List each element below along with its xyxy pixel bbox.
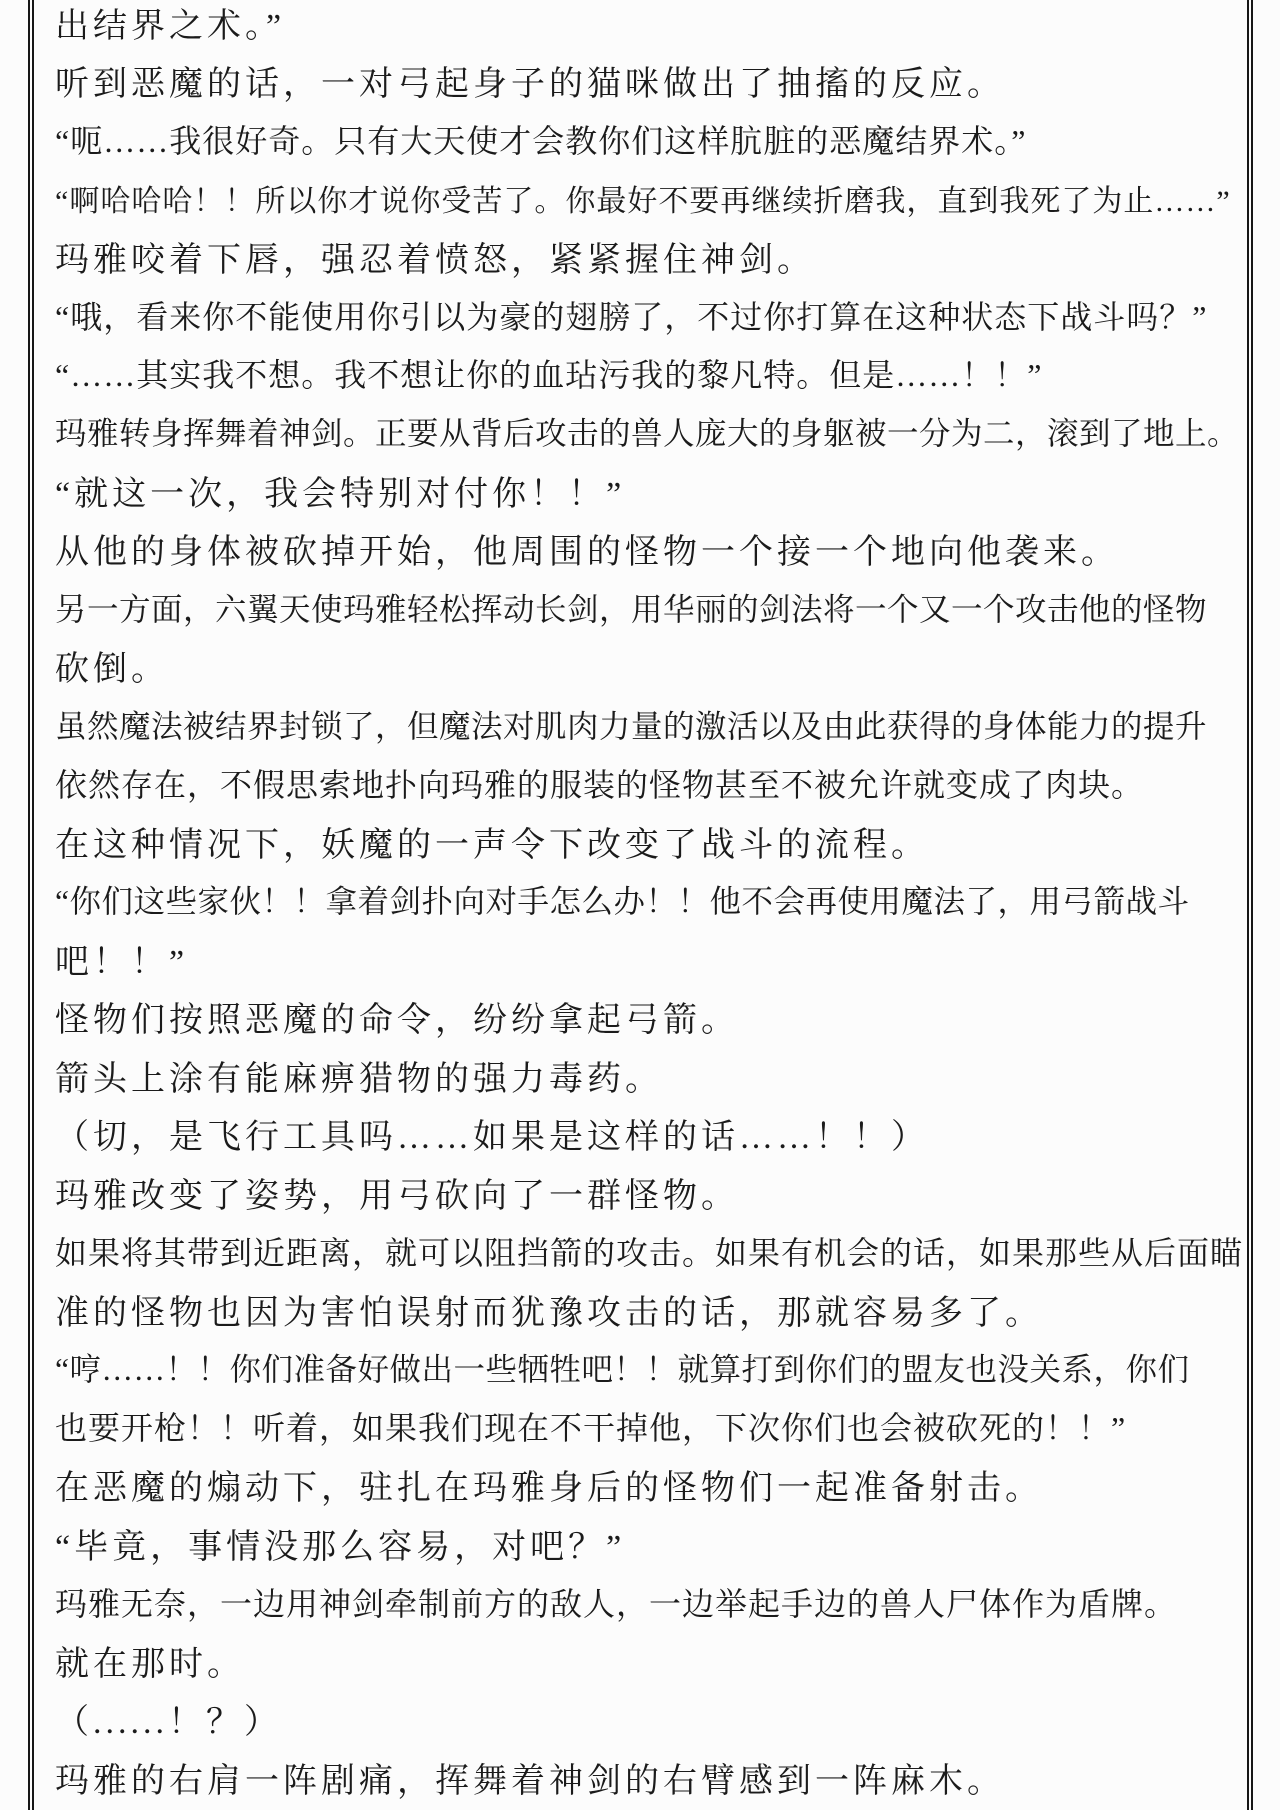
text-line: 箭头上涂有能麻痹猎物的强力毒药。 — [55, 1046, 1280, 1105]
text-line: 出结界之术。” — [55, 0, 1280, 52]
text-line: 在这种情况下，妖魔的一声令下改变了战斗的流程。 — [55, 812, 1280, 871]
text-line: 如果将其带到近距离，就可以阻挡箭的攻击。如果有机会的话，如果那些从后面瞄 — [55, 1222, 1280, 1281]
text-line: 就在那时。 — [55, 1631, 1280, 1690]
text-line: 依然存在，不假思索地扑向玛雅的服装的怪物甚至不被允许就变成了肉块。 — [55, 754, 1280, 813]
text-line: 玛雅咬着下唇，强忍着愤怒，紧紧握住神剑。 — [55, 227, 1280, 286]
text-line: 怪物们按照恶魔的命令，纷纷拿起弓箭。 — [55, 988, 1280, 1047]
text-line: “你们这些家伙！！拿着剑扑向对手怎么办！！他不会再使用魔法了，用弓箭战斗 — [55, 871, 1280, 930]
text-line: “……其实我不想。我不想让你的血玷污我的黎凡特。但是……！！” — [55, 344, 1280, 403]
text-line: “哼……！！你们准备好做出一些牺牲吧！！就算打到你们的盟友也没关系，你们 — [55, 1339, 1280, 1398]
text-line: （......！？） — [55, 1690, 1280, 1749]
text-line: 准的怪物也因为害怕误射而犹豫攻击的话，那就容易多了。 — [55, 1280, 1280, 1339]
text-line: “呃……我很好奇。只有大天使才会教你们这样肮脏的恶魔结界术。” — [55, 110, 1280, 169]
novel-page: 出结界之术。”听到恶魔的话，一对弓起身子的猫咪做出了抽搐的反应。“呃……我很好奇… — [0, 0, 1280, 1810]
text-line: 玛雅无奈，一边用神剑牵制前方的敌人，一边举起手边的兽人尸体作为盾牌。 — [55, 1573, 1280, 1632]
text-line: 砍倒。 — [55, 637, 1280, 696]
text-line: “啊哈哈哈！！所以你才说你受苦了。你最好不要再继续折磨我，直到我死了为止……” — [55, 169, 1280, 228]
text-line: 玛雅改变了姿势，用弓砍向了一群怪物。 — [55, 1163, 1280, 1222]
left-page-border — [28, 0, 34, 1810]
text-line: 虽然魔法被结界封锁了，但魔法对肌肉力量的激活以及由此获得的身体能力的提升 — [55, 695, 1280, 754]
text-line: “就这一次，我会特别对付你！！” — [55, 461, 1280, 520]
text-line: 听到恶魔的话，一对弓起身子的猫咪做出了抽搐的反应。 — [55, 52, 1280, 111]
text-line: （切，是飞行工具吗……如果是这样的话……！！） — [55, 1105, 1280, 1164]
text-line: 玛雅的右肩一阵剧痛，挥舞着神剑的右臂感到一阵麻木。 — [55, 1748, 1280, 1807]
text-line: “毕竟，事情没那么容易，对吧？” — [55, 1514, 1280, 1573]
text-line: 另一方面，六翼天使玛雅轻松挥动长剑，用华丽的剑法将一个又一个攻击他的怪物 — [55, 578, 1280, 637]
text-line: “哦，看来你不能使用你引以为豪的翅膀了，不过你打算在这种状态下战斗吗？” — [55, 286, 1280, 345]
text-line: 玛雅转身挥舞着神剑。正要从背后攻击的兽人庞大的身躯被一分为二，滚到了地上。 — [55, 403, 1280, 462]
text-line: 在恶魔的煽动下，驻扎在玛雅身后的怪物们一起准备射击。 — [55, 1456, 1280, 1515]
text-line: 从他的身体被砍掉开始，他周围的怪物一个接一个地向他袭来。 — [55, 520, 1280, 579]
text-line: 也要开枪！！听着，如果我们现在不干掉他，下次你们也会被砍死的！！” — [55, 1397, 1280, 1456]
text-line: 吧！！” — [55, 929, 1280, 988]
page-text: 出结界之术。”听到恶魔的话，一对弓起身子的猫咪做出了抽搐的反应。“呃……我很好奇… — [55, 0, 1280, 1807]
